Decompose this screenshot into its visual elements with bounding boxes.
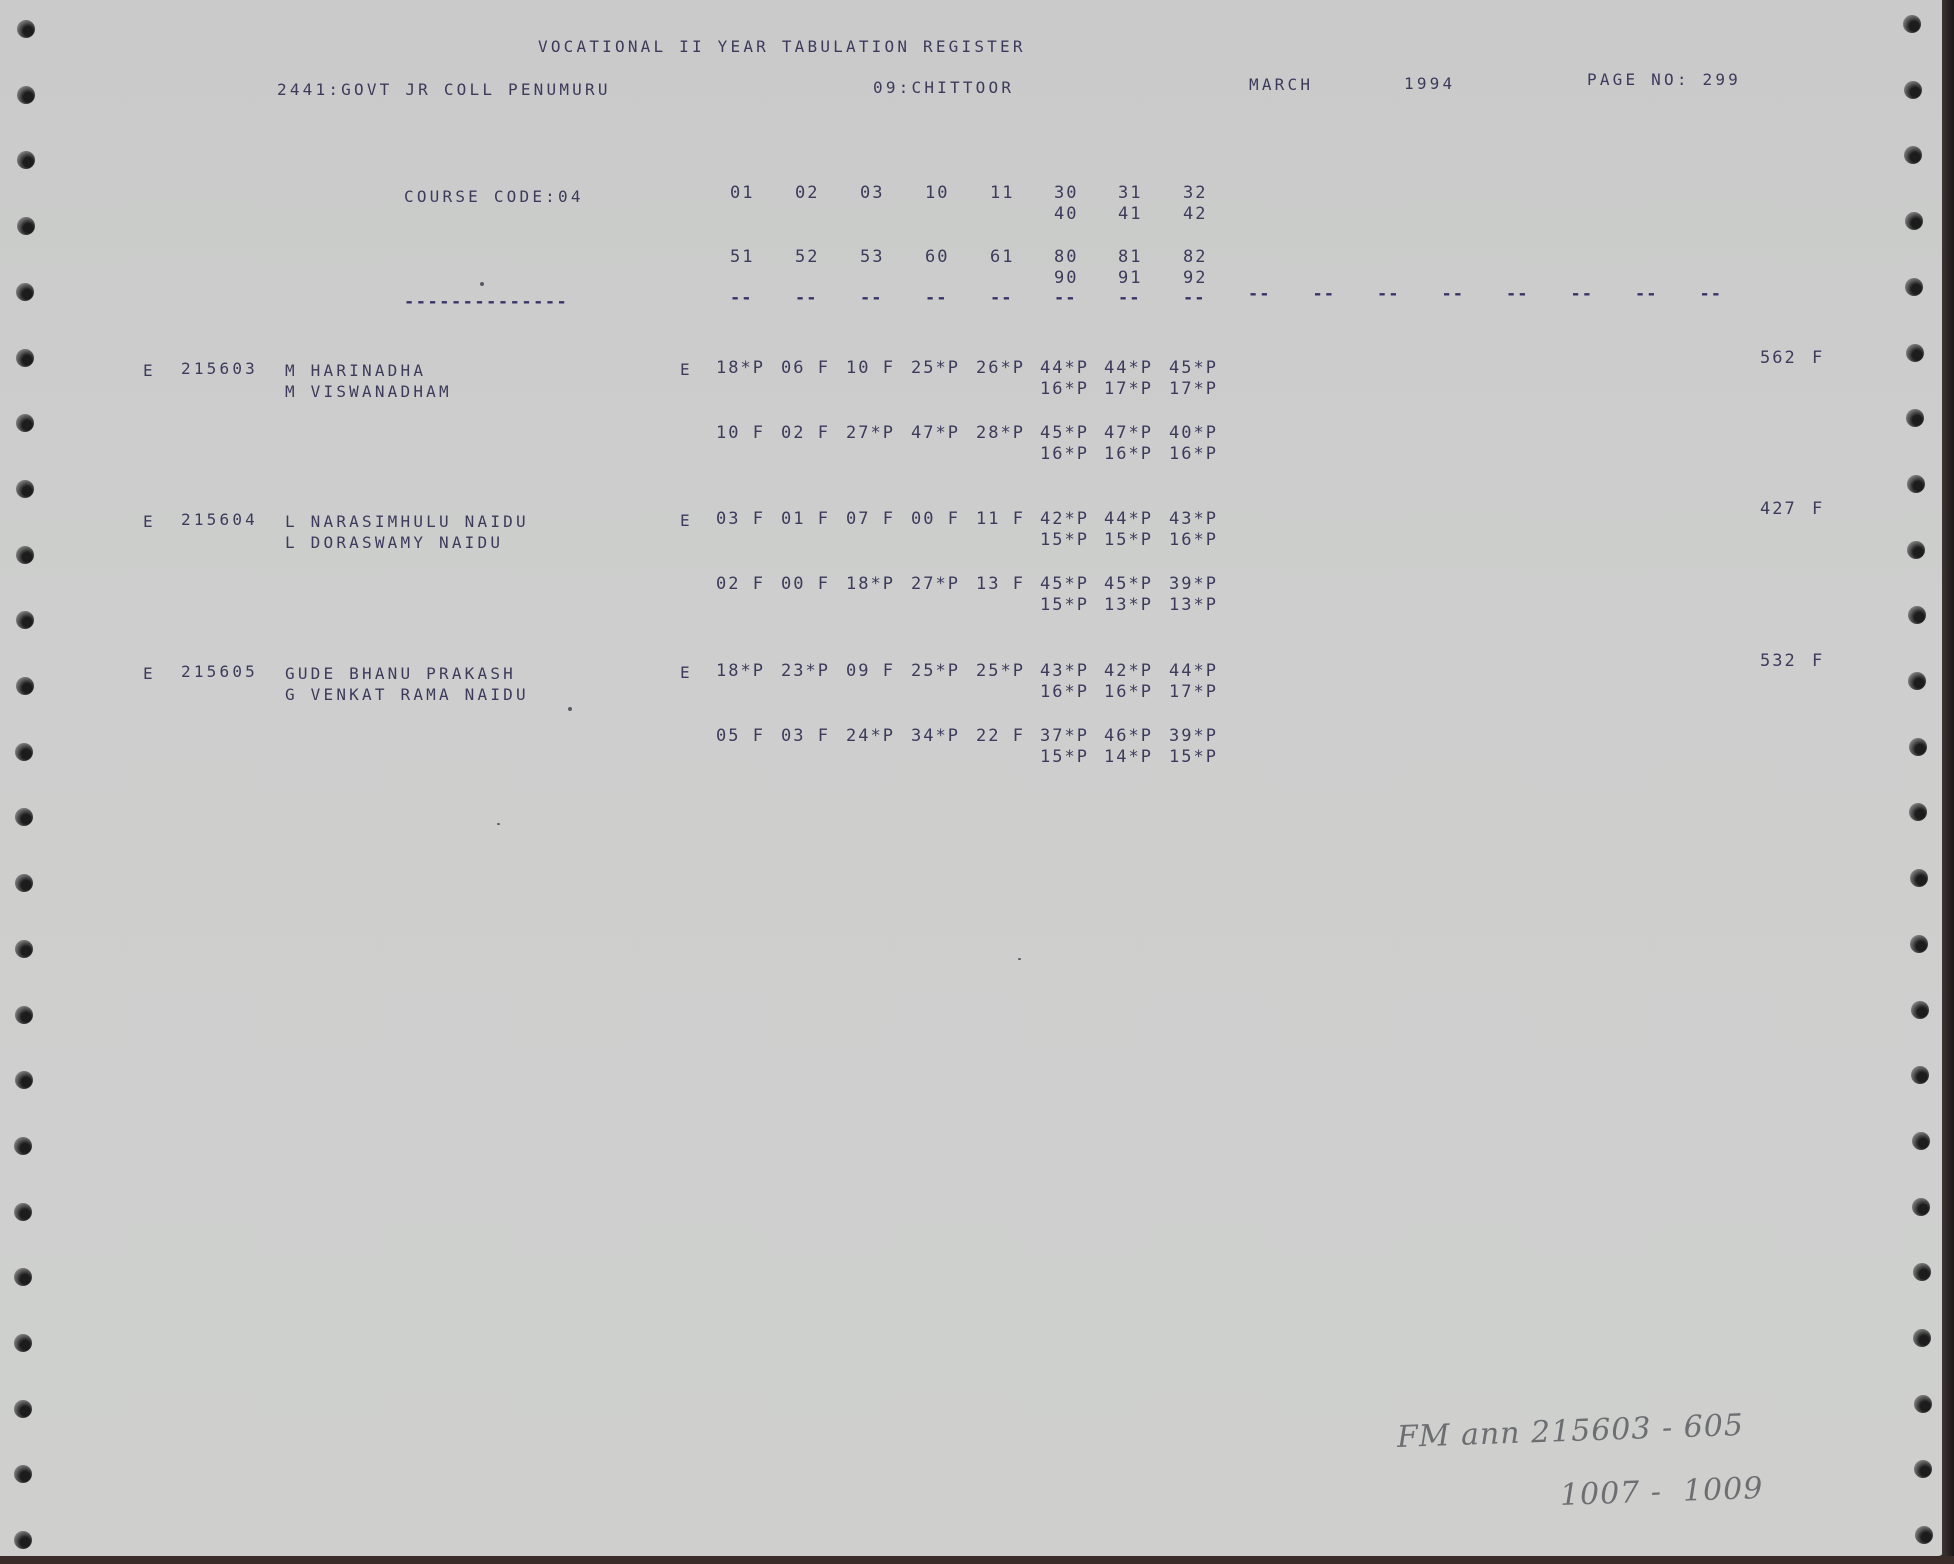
- perforation-hole-icon: [1904, 81, 1922, 99]
- subject-mark: 17*P: [1104, 379, 1153, 399]
- subject-code: 80: [1054, 247, 1078, 267]
- perforation-hole-icon: [1904, 146, 1922, 164]
- subject-mark: 14*P: [1104, 747, 1153, 767]
- subject-code: 10: [925, 183, 949, 203]
- subject-mark: 00 F: [781, 574, 830, 594]
- subject-mark: 44*P: [1104, 509, 1153, 529]
- perforation-hole-icon: [16, 546, 34, 564]
- column-separator: --: [860, 288, 882, 308]
- subject-code: 11: [990, 183, 1014, 203]
- father-name: G VENKAT RAMA NAIDU: [285, 685, 529, 705]
- printed-sheet: VOCATIONAL II YEAR TABULATION REGISTER 2…: [0, 0, 1944, 1556]
- language-medium: E: [680, 511, 693, 531]
- exam-month: MARCH: [1249, 75, 1313, 95]
- student-name: M HARINADHA: [285, 361, 426, 381]
- perforation-hole-icon: [15, 1006, 33, 1024]
- perforation-hole-icon: [1913, 1263, 1931, 1281]
- perforation-hole-icon: [16, 677, 34, 695]
- perforation-hole-icon: [16, 283, 34, 301]
- subject-mark: 37*P: [1040, 726, 1089, 746]
- subject-mark: 43*P: [1169, 509, 1218, 529]
- subject-code: 53: [860, 247, 884, 267]
- subject-code: 03: [860, 183, 884, 203]
- student-name: L NARASIMHULU NAIDU: [285, 512, 529, 532]
- ink-speck: [480, 282, 484, 286]
- subject-mark: 02 F: [716, 574, 765, 594]
- perforation-hole-icon: [14, 1400, 32, 1418]
- subject-code: 32: [1183, 183, 1207, 203]
- subject-mark: 10 F: [846, 358, 895, 378]
- perforation-hole-icon: [1909, 803, 1927, 821]
- father-name: M VISWANADHAM: [285, 382, 452, 402]
- subject-code: 40: [1054, 204, 1078, 224]
- subject-mark: 44*P: [1169, 661, 1218, 681]
- subject-mark: 16*P: [1040, 682, 1089, 702]
- perforation-hole-icon: [1903, 15, 1921, 33]
- subject-code: 30: [1054, 183, 1078, 203]
- total-marks: 427: [1760, 499, 1797, 519]
- perforation-hole-icon: [1914, 1395, 1932, 1413]
- ink-speck: [568, 707, 572, 711]
- perforation-hole-icon: [1905, 278, 1923, 296]
- subject-mark: 15*P: [1104, 530, 1153, 550]
- hall-ticket-number: 215605: [181, 662, 258, 682]
- perforation-hole-icon: [1908, 606, 1926, 624]
- subject-mark: 09 F: [846, 661, 895, 681]
- father-name: L DORASWAMY NAIDU: [285, 533, 503, 553]
- subject-mark: 13*P: [1104, 595, 1153, 615]
- subject-mark: 06 F: [781, 358, 830, 378]
- subject-mark: 25*P: [976, 661, 1025, 681]
- perforation-hole-icon: [1914, 1460, 1932, 1478]
- subject-mark: 39*P: [1169, 726, 1218, 746]
- perforation-hole-icon: [15, 874, 33, 892]
- subject-mark: 43*P: [1040, 661, 1089, 681]
- medium-code: E: [143, 361, 156, 381]
- subject-code: 52: [795, 247, 819, 267]
- subject-mark: 17*P: [1169, 379, 1218, 399]
- register-title: VOCATIONAL II YEAR TABULATION REGISTER: [538, 37, 1026, 57]
- subject-mark: 16*P: [1169, 444, 1218, 464]
- column-separator: --: [1635, 284, 1657, 304]
- perforation-hole-icon: [1907, 541, 1925, 559]
- handwritten-note-line1: FM ann 215603 - 605: [1396, 1408, 1744, 1455]
- page-edge-shadow: [1942, 0, 1954, 1564]
- subject-mark: 13*P: [1169, 595, 1218, 615]
- perforation-hole-icon: [1905, 212, 1923, 230]
- column-separator: --: [1700, 284, 1722, 304]
- subject-code: 92: [1183, 268, 1207, 288]
- subject-mark: 34*P: [911, 726, 960, 746]
- medium-code: E: [143, 664, 156, 684]
- subject-mark: 16*P: [1040, 379, 1089, 399]
- column-separator: --: [990, 288, 1012, 308]
- subject-mark: 24*P: [846, 726, 895, 746]
- subject-mark: 42*P: [1104, 661, 1153, 681]
- perforation-hole-icon: [14, 1268, 32, 1286]
- subject-mark: 22 F: [976, 726, 1025, 746]
- perforation-hole-icon: [1911, 1066, 1929, 1084]
- subject-mark: 25*P: [911, 358, 960, 378]
- subject-mark: 18*P: [846, 574, 895, 594]
- column-separator: --: [1118, 288, 1140, 308]
- subject-code: 60: [925, 247, 949, 267]
- column-separator: --: [925, 288, 947, 308]
- ink-speck: [1018, 958, 1021, 960]
- column-separator: --: [1506, 284, 1528, 304]
- student-name: GUDE BHANU PRAKASH: [285, 664, 516, 684]
- subject-mark: 47*P: [911, 423, 960, 443]
- hall-ticket-number: 215603: [181, 359, 258, 379]
- subject-mark: 00 F: [911, 509, 960, 529]
- subject-mark: 42*P: [1040, 509, 1089, 529]
- subject-mark: 03 F: [716, 509, 765, 529]
- subject-mark: 05 F: [716, 726, 765, 746]
- subject-code: 31: [1118, 183, 1142, 203]
- perforation-hole-icon: [14, 1531, 32, 1549]
- subject-mark: 15*P: [1040, 747, 1089, 767]
- subject-mark: 02 F: [781, 423, 830, 443]
- perforation-hole-icon: [1908, 672, 1926, 690]
- college-name: 2441:GOVT JR COLL PENUMURU: [277, 80, 611, 100]
- subject-mark: 13 F: [976, 574, 1025, 594]
- column-separator: --: [1571, 284, 1593, 304]
- subject-mark: 01 F: [781, 509, 830, 529]
- perforation-hole-icon: [16, 349, 34, 367]
- subject-mark: 17*P: [1169, 682, 1218, 702]
- perforation-hole-icon: [16, 480, 34, 498]
- column-separator: --: [1054, 288, 1076, 308]
- course-code-underline: --------------: [404, 292, 568, 312]
- subject-code: 82: [1183, 247, 1207, 267]
- column-separator: --: [1313, 284, 1335, 304]
- subject-mark: 15*P: [1169, 747, 1218, 767]
- perforation-hole-icon: [1910, 935, 1928, 953]
- subject-code: 90: [1054, 268, 1078, 288]
- subject-code: 81: [1118, 247, 1142, 267]
- subject-mark: 45*P: [1104, 574, 1153, 594]
- column-separator: --: [730, 288, 752, 308]
- hall-ticket-number: 215604: [181, 510, 258, 530]
- perforation-hole-icon: [1911, 1001, 1929, 1019]
- perforation-hole-icon: [1907, 475, 1925, 493]
- perforation-hole-icon: [1912, 1132, 1930, 1150]
- medium-code: E: [143, 512, 156, 532]
- page-bottom-edge: [0, 1556, 1954, 1564]
- subject-code: 91: [1118, 268, 1142, 288]
- language-medium: E: [680, 663, 693, 683]
- subject-mark: 40*P: [1169, 423, 1218, 443]
- subject-mark: 15*P: [1040, 595, 1089, 615]
- perforation-hole-icon: [17, 20, 35, 38]
- subject-mark: 16*P: [1104, 682, 1153, 702]
- subject-mark: 15*P: [1040, 530, 1089, 550]
- perforation-hole-icon: [1906, 344, 1924, 362]
- subject-mark: 16*P: [1104, 444, 1153, 464]
- subject-mark: 07 F: [846, 509, 895, 529]
- perforation-hole-icon: [14, 1203, 32, 1221]
- subject-code: 01: [730, 183, 754, 203]
- subject-mark: 18*P: [716, 358, 765, 378]
- subject-mark: 27*P: [846, 423, 895, 443]
- subject-mark: 45*P: [1040, 574, 1089, 594]
- subject-code: 61: [990, 247, 1014, 267]
- subject-code: 41: [1118, 204, 1142, 224]
- total-marks: 562: [1760, 348, 1797, 368]
- ink-speck: [497, 823, 500, 825]
- subject-mark: 28*P: [976, 423, 1025, 443]
- perforation-hole-icon: [14, 1334, 32, 1352]
- subject-mark: 45*P: [1040, 423, 1089, 443]
- subject-code: 42: [1183, 204, 1207, 224]
- subject-mark: 23*P: [781, 661, 830, 681]
- course-code-label: COURSE CODE:04: [404, 187, 584, 207]
- perforation-hole-icon: [15, 940, 33, 958]
- subject-mark: 18*P: [716, 661, 765, 681]
- subject-mark: 03 F: [781, 726, 830, 746]
- perforation-hole-icon: [16, 414, 34, 432]
- subject-code: 51: [730, 247, 754, 267]
- page-number: PAGE NO: 299: [1587, 70, 1741, 90]
- subject-mark: 16*P: [1169, 530, 1218, 550]
- subject-mark: 26*P: [976, 358, 1025, 378]
- language-medium: E: [680, 360, 693, 380]
- perforation-hole-icon: [1913, 1329, 1931, 1347]
- result-status: F: [1812, 348, 1824, 368]
- result-status: F: [1812, 499, 1824, 519]
- result-status: F: [1812, 651, 1824, 671]
- subject-mark: 11 F: [976, 509, 1025, 529]
- subject-mark: 25*P: [911, 661, 960, 681]
- perforation-hole-icon: [1906, 409, 1924, 427]
- perforation-hole-icon: [17, 151, 35, 169]
- subject-mark: 47*P: [1104, 423, 1153, 443]
- total-marks: 532: [1760, 651, 1797, 671]
- subject-code: 02: [795, 183, 819, 203]
- perforation-hole-icon: [1915, 1526, 1933, 1544]
- subject-mark: 39*P: [1169, 574, 1218, 594]
- column-separator: --: [1377, 284, 1399, 304]
- perforation-hole-icon: [16, 611, 34, 629]
- subject-mark: 46*P: [1104, 726, 1153, 746]
- perforation-hole-icon: [17, 217, 35, 235]
- subject-mark: 27*P: [911, 574, 960, 594]
- exam-year: 1994: [1404, 74, 1455, 94]
- subject-mark: 45*P: [1169, 358, 1218, 378]
- column-separator: --: [1248, 284, 1270, 304]
- perforation-hole-icon: [1909, 738, 1927, 756]
- perforation-hole-icon: [1912, 1198, 1930, 1216]
- column-separator: --: [1442, 284, 1464, 304]
- perforation-hole-icon: [15, 743, 33, 761]
- perforation-hole-icon: [15, 1071, 33, 1089]
- subject-mark: 16*P: [1040, 444, 1089, 464]
- column-separator: --: [1183, 288, 1205, 308]
- perforation-hole-icon: [1910, 869, 1928, 887]
- perforation-hole-icon: [15, 808, 33, 826]
- column-separator: --: [795, 288, 817, 308]
- perforation-hole-icon: [14, 1137, 32, 1155]
- subject-mark: 44*P: [1104, 358, 1153, 378]
- subject-mark: 10 F: [716, 423, 765, 443]
- perforation-hole-icon: [14, 1465, 32, 1483]
- district-name: 09:CHITTOOR: [873, 78, 1014, 98]
- subject-mark: 44*P: [1040, 358, 1089, 378]
- perforation-hole-icon: [17, 86, 35, 104]
- handwritten-note-line2: 1007 - 1009: [1559, 1471, 1764, 1513]
